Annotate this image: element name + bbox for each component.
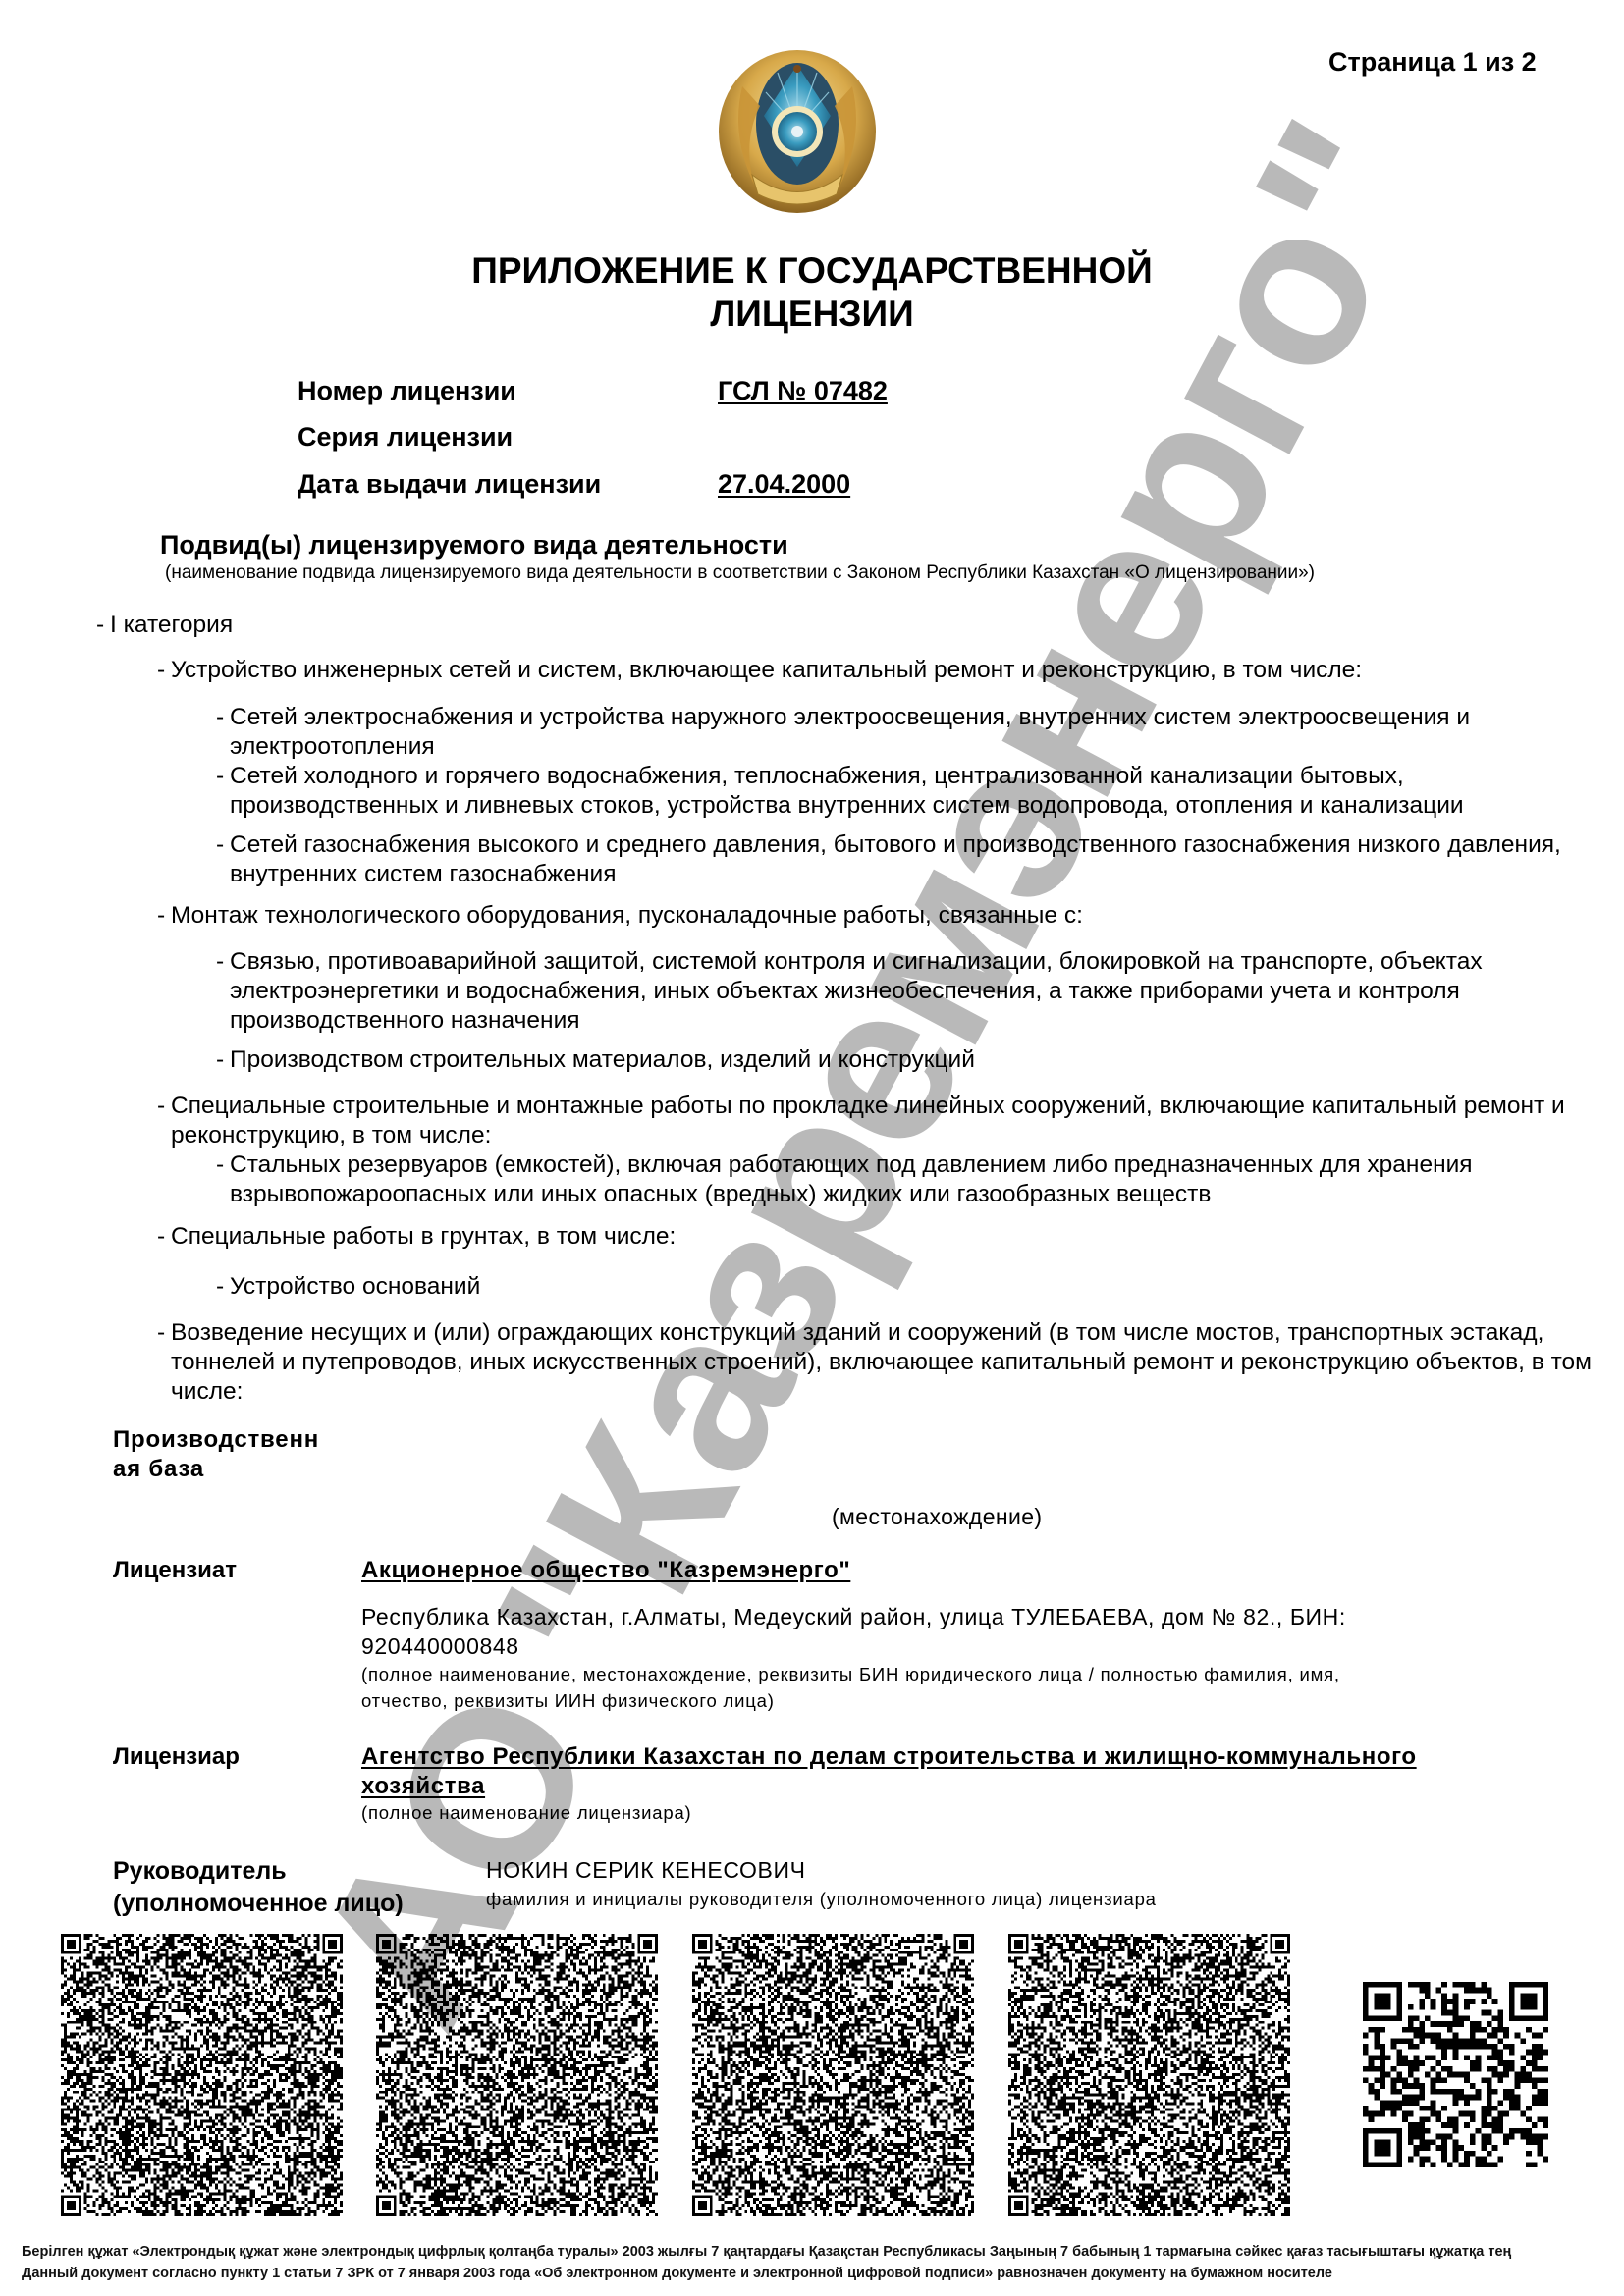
licensee-name: Акционерное общество "Казремэнерго" — [361, 1556, 850, 1585]
qr-code-4 — [1008, 1934, 1290, 2216]
qr-code-small — [1363, 1982, 1548, 2167]
activity-item-text: Специальные работы в грунтах, в том числ… — [171, 1223, 676, 1250]
licensee-label: Лицензиат — [113, 1556, 237, 1585]
dash-marker: - — [157, 901, 165, 931]
footer-legal-kz: Берілген құжат «Электрондық құжат және э… — [22, 2244, 1511, 2260]
qr-code-icon — [61, 1934, 343, 2216]
activity-item: -Специальные работы в грунтах, в том чис… — [171, 1222, 1604, 1252]
title-line-2: ЛИЦЕНЗИИ — [0, 293, 1624, 336]
activity-item-text: Возведение несущих и (или) ограждающих к… — [171, 1319, 1592, 1405]
dash-marker: - — [96, 611, 104, 640]
activity-item-text: Сетей холодного и горячего водоснабжения… — [230, 763, 1464, 819]
category-item: -I категория — [110, 611, 233, 640]
activity-item: -Специальные строительные и монтажные ра… — [171, 1092, 1604, 1150]
qr-code-icon — [376, 1934, 658, 2216]
dash-marker: - — [157, 1092, 165, 1121]
activity-item-text: Производством строительных материалов, и… — [230, 1046, 975, 1073]
licensee-address-line1: Республика Казахстан, г.Алматы, Медеуски… — [361, 1602, 1346, 1631]
qr-code-3 — [692, 1934, 974, 2216]
state-emblem-icon — [713, 47, 882, 216]
subtypes-heading: Подвид(ы) лицензируемого вида деятельнос… — [160, 530, 788, 561]
head-note: фамилия и инициалы руководителя (уполном… — [486, 1886, 1157, 1912]
production-base-label-line2: ая база — [113, 1455, 319, 1484]
production-base-note: (местонахождение) — [832, 1502, 1043, 1531]
head-label: Руководитель (уполномоченное лицо) — [113, 1855, 404, 1920]
licensee-note: (полное наименование, местонахождение, р… — [361, 1661, 1340, 1714]
license-date-value: 27.04.2000 — [718, 469, 850, 500]
license-date-label: Дата выдачи лицензии — [298, 469, 601, 500]
title-line-1: ПРИЛОЖЕНИЕ К ГОСУДАРСТВЕННОЙ — [0, 249, 1624, 293]
dash-marker: - — [216, 762, 224, 791]
activity-item: -Производством строительных материалов, … — [230, 1045, 1604, 1075]
licensee-address: Республика Казахстан, г.Алматы, Медеуски… — [361, 1602, 1346, 1661]
activity-item: -Устройство инженерных сетей и систем, в… — [171, 656, 1604, 685]
footer-legal-ru: Данный документ согласно пункту 1 статьи… — [22, 2266, 1332, 2281]
licensor-name-line2: хозяйства — [361, 1772, 1417, 1801]
activity-item-text: Стальных резервуаров (емкостей), включая… — [230, 1151, 1473, 1207]
production-base-label-line1: Производственн — [113, 1425, 319, 1455]
qr-code-icon — [1363, 1982, 1548, 2167]
dash-marker: - — [216, 1045, 224, 1075]
activity-item: -Монтаж технологического оборудования, п… — [171, 901, 1604, 931]
dash-marker: - — [216, 1272, 224, 1302]
qr-code-icon — [692, 1934, 974, 2216]
page-indicator: Страница 1 из 2 — [1328, 47, 1537, 78]
dash-marker: - — [216, 703, 224, 732]
qr-code-2 — [376, 1934, 658, 2216]
activity-item: -Связью, противоаварийной защитой, систе… — [230, 947, 1604, 1036]
dash-marker: - — [157, 656, 165, 685]
license-number-label: Номер лицензии — [298, 376, 516, 406]
dash-marker: - — [216, 947, 224, 977]
licensor-label: Лицензиар — [113, 1742, 240, 1772]
qr-code-icon — [1008, 1934, 1290, 2216]
licensee-note-line2: отчество, реквизиты ИИН физического лица… — [361, 1687, 1340, 1714]
licensor-name-line1: Агентство Республики Казахстан по делам … — [361, 1742, 1417, 1772]
license-number-value: ГСЛ № 07482 — [718, 376, 888, 406]
activity-item-text: Устройство оснований — [230, 1273, 480, 1300]
head-label-line2: (уполномоченное лицо) — [113, 1888, 404, 1920]
activity-item-text: Связью, противоаварийной защитой, систем… — [230, 948, 1483, 1034]
licensor-note: (полное наименование лицензиара) — [361, 1799, 692, 1826]
activity-item-text: Специальные строительные и монтажные раб… — [171, 1093, 1565, 1148]
activity-item: -Стальных резервуаров (емкостей), включа… — [230, 1150, 1604, 1209]
activity-item-text: Сетей электроснабжения и устройства нару… — [230, 704, 1470, 760]
dash-marker: - — [216, 830, 224, 860]
head-label-line1: Руководитель — [113, 1855, 404, 1888]
document-title: ПРИЛОЖЕНИЕ К ГОСУДАРСТВЕННОЙ ЛИЦЕНЗИИ — [0, 249, 1624, 336]
qr-code-1 — [61, 1934, 343, 2216]
production-base-label: Производственн ая база — [113, 1425, 319, 1484]
dash-marker: - — [216, 1150, 224, 1180]
activity-item-text: Монтаж технологического оборудования, пу… — [171, 902, 1083, 929]
dash-marker: - — [157, 1222, 165, 1252]
category-label: I категория — [110, 612, 233, 638]
dash-marker: - — [157, 1318, 165, 1348]
activity-item: -Устройство оснований — [230, 1272, 1604, 1302]
activity-item-text: Устройство инженерных сетей и систем, вк… — [171, 657, 1362, 683]
license-series-label: Серия лицензии — [298, 422, 513, 453]
licensor-name: Агентство Республики Казахстан по делам … — [361, 1742, 1417, 1801]
activity-item-text: Сетей газоснабжения высокого и среднего … — [230, 831, 1561, 887]
activity-item: -Возведение несущих и (или) ограждающих … — [171, 1318, 1604, 1407]
licensee-note-line1: (полное наименование, местонахождение, р… — [361, 1661, 1340, 1687]
head-name: НОКИН СЕРИК КЕНЕСОВИЧ — [486, 1855, 806, 1885]
activity-item: -Сетей электроснабжения и устройства нар… — [230, 703, 1604, 762]
subtypes-note: (наименование подвида лицензируемого вид… — [165, 562, 1315, 584]
activity-item: -Сетей газоснабжения высокого и среднего… — [230, 830, 1604, 889]
licensee-address-line2: 920440000848 — [361, 1631, 1346, 1661]
activity-item: -Сетей холодного и горячего водоснабжени… — [230, 762, 1604, 821]
